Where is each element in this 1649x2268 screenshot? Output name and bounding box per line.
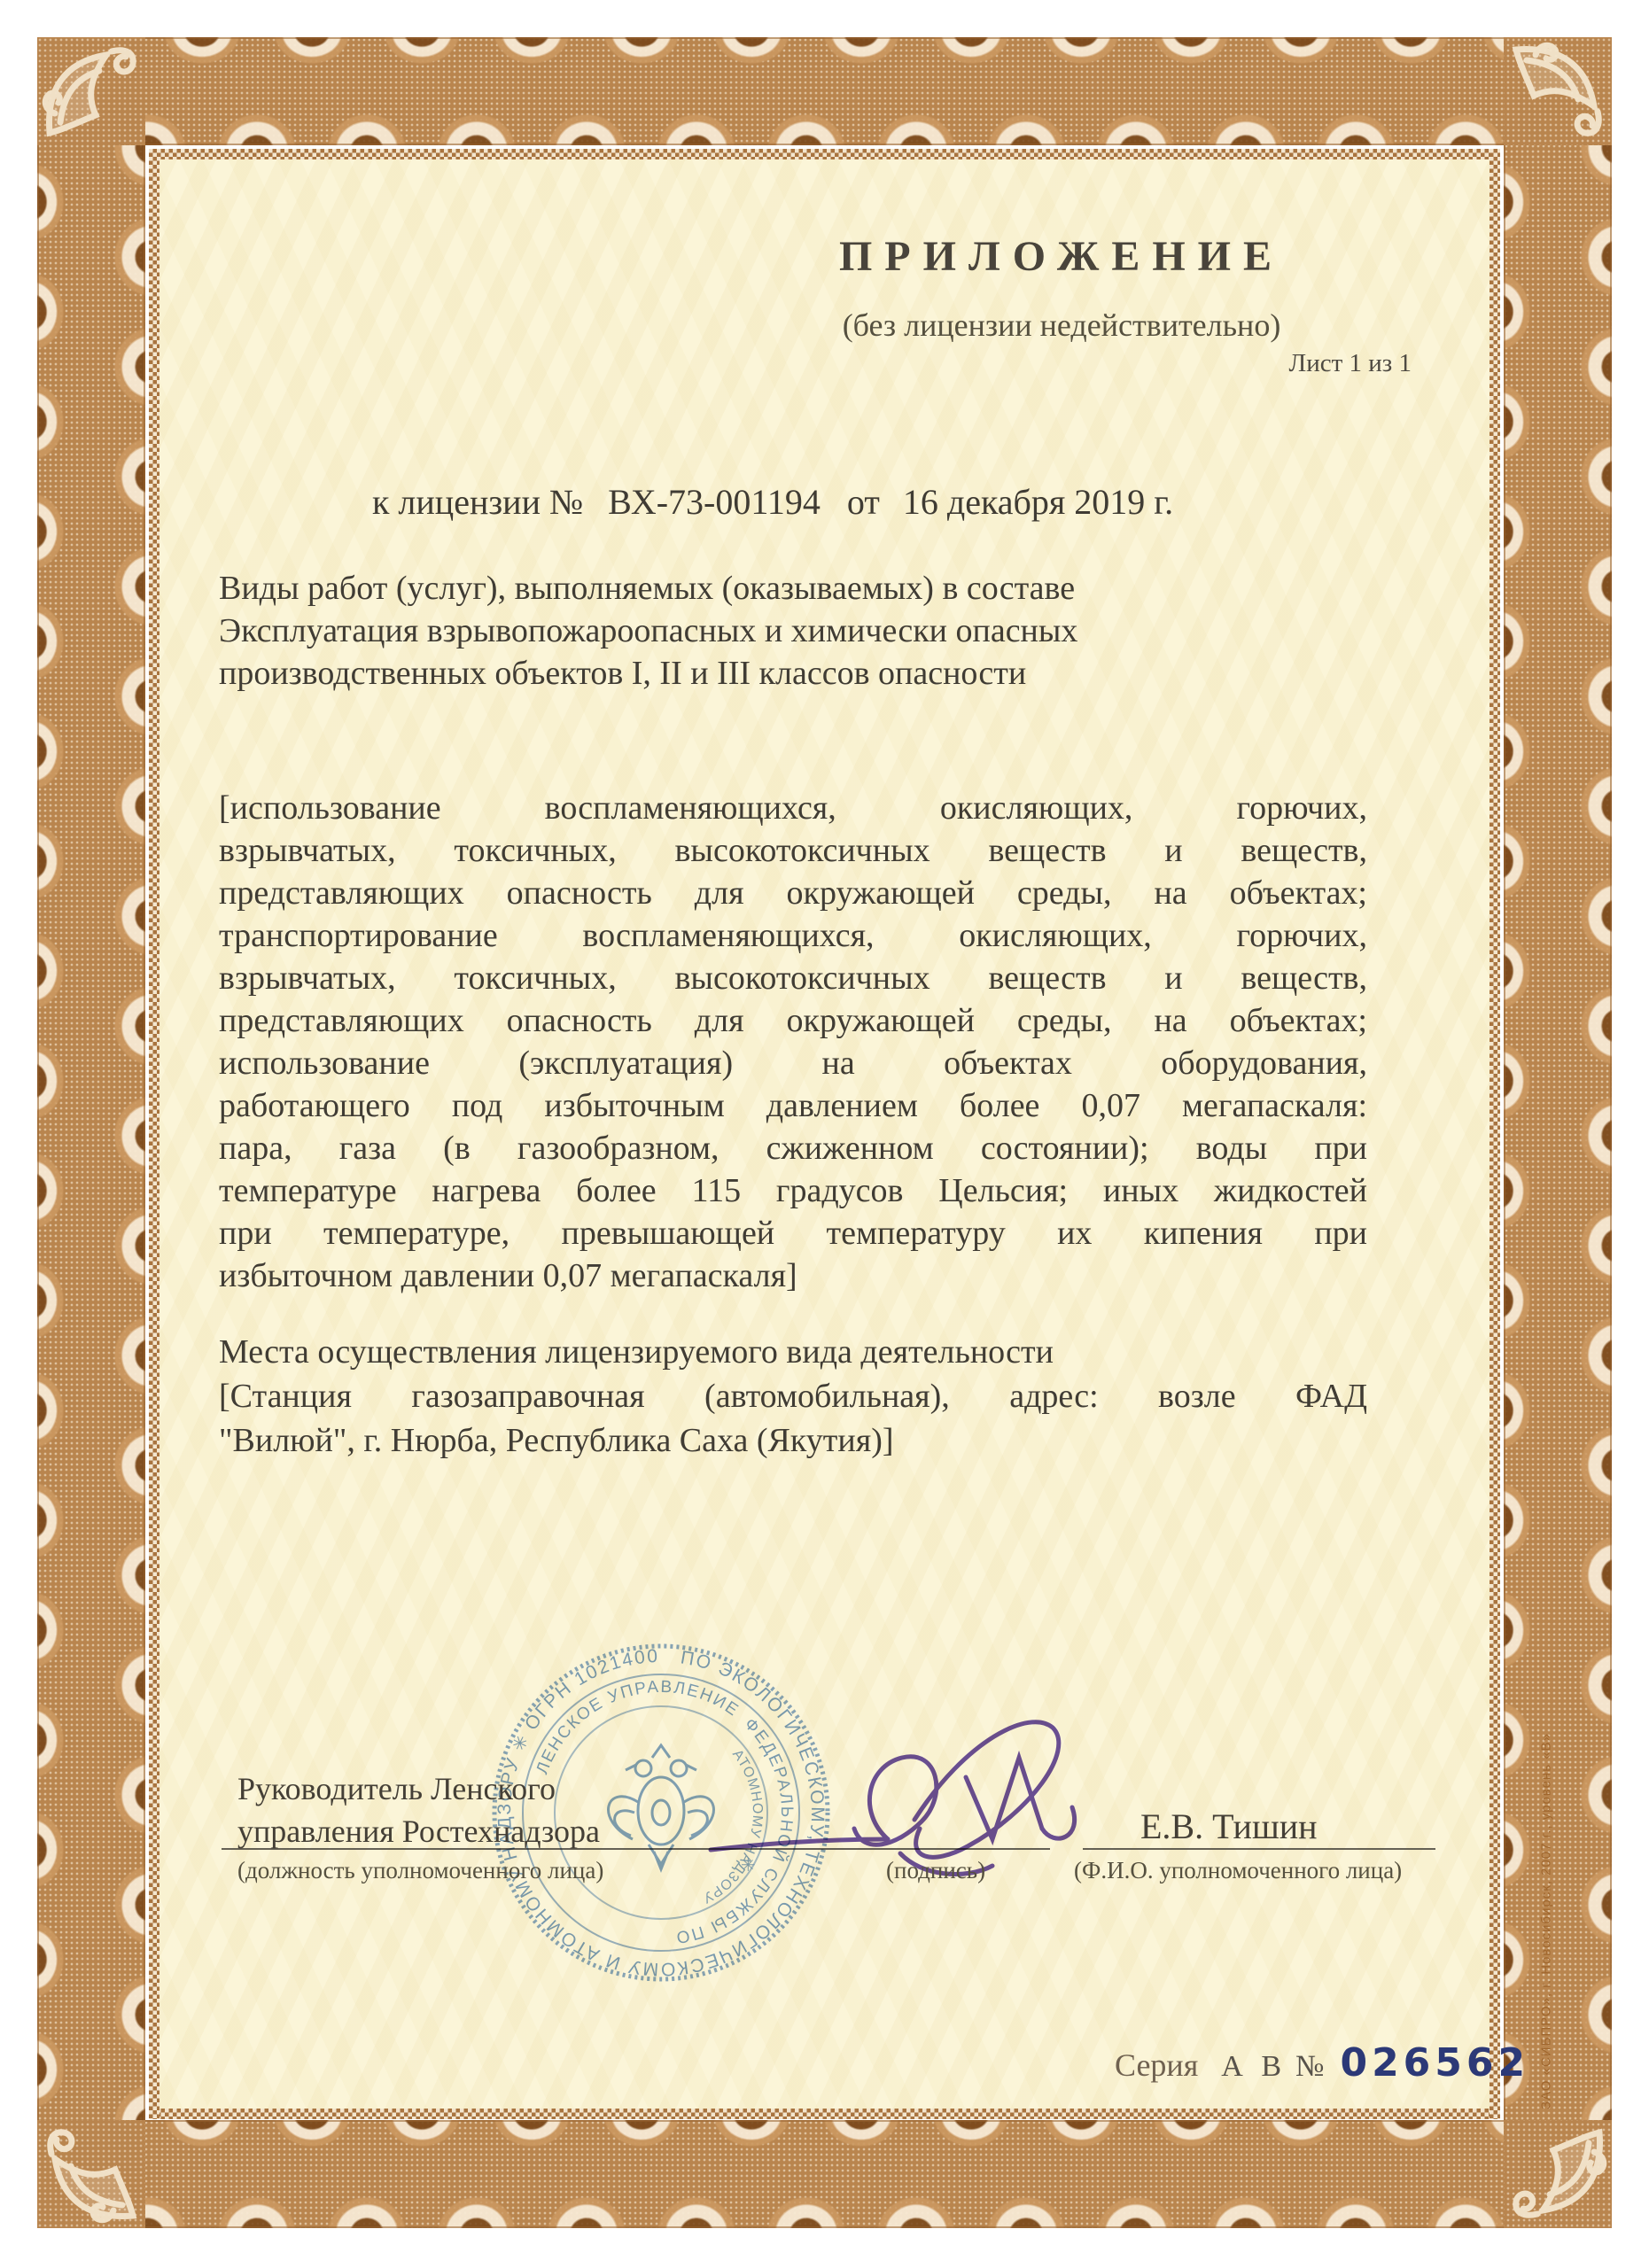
works-line: использование (эксплуатация) на объектах… (219, 1042, 1367, 1084)
signatory-role-line2: управления Ростехнадзора (237, 1813, 600, 1850)
subtitle-validity-note: (без лицензии недействительно) (843, 307, 1281, 344)
works-line: транспортирование воспламеняющихся, окис… (219, 914, 1367, 957)
frame-corner-flourish (37, 2120, 145, 2228)
serial-series: А В (1221, 2050, 1287, 2083)
works-line: взрывчатых, токсичных, высокотоксичных в… (219, 957, 1367, 999)
scanned-license-appendix-page: ПРИЛОЖЕНИЕ (без лицензии недействительно… (0, 0, 1649, 2268)
page-title: ПРИЛОЖЕНИЕ (839, 232, 1284, 281)
license-number: ВХ-73-001194 (608, 481, 821, 523)
works-line: пара, газа (в газообразном, сжиженном со… (219, 1127, 1367, 1169)
works-line: представляющих опасность для окружающей … (219, 999, 1367, 1042)
inner-checker-border (1490, 149, 1500, 2119)
signature-caption: (подпись) (886, 1857, 985, 1884)
signatory-name: Е.В. Тишин (1140, 1806, 1318, 1847)
serial-digits: 026562 (1340, 2040, 1529, 2085)
works-line: работающего под избыточным давлением бол… (219, 1084, 1367, 1127)
signature-rule-right (1083, 1848, 1435, 1850)
frame-border-bottom (37, 2120, 1612, 2228)
places-line: [Станция газозаправочная (автомобильная)… (219, 1375, 1367, 1417)
frame-border-left (37, 37, 145, 2228)
handwritten-signature (700, 1703, 1125, 1924)
frame-corner-flourish (1504, 2120, 1612, 2228)
works-line: [использование воспламеняющихся, окисляю… (219, 787, 1367, 829)
role-caption: (должность уполномоченного лица) (237, 1857, 603, 1884)
serial-number-sign: № (1295, 2050, 1324, 2083)
works-line: температуре нагрева более 115 градусов Ц… (219, 1169, 1367, 1212)
frame-corner-flourish (1504, 37, 1612, 145)
sheet-number-note: Лист 1 из 1 (1289, 349, 1412, 378)
frame-border-top (37, 37, 1612, 145)
places-line: "Вилюй", г. Нюрба, Республика Саха (Якут… (219, 1419, 1367, 1462)
serial-number-line: СерияА В№026562 (1115, 2040, 1529, 2085)
stamp-eagle-emblem (609, 1745, 714, 1869)
license-prefix: к лицензии № (372, 481, 583, 523)
inner-checker-border (149, 149, 159, 2119)
intro-line: производственных объектов I, II и III кл… (219, 652, 1367, 695)
places-heading: Места осуществления лицензируемого вида … (219, 1331, 1367, 1373)
frame-border-right (1504, 37, 1612, 2228)
works-line: взрывчатых, токсичных, высокотоксичных в… (219, 829, 1367, 872)
serial-label: Серия (1115, 2047, 1198, 2083)
intro-line: Эксплуатация взрывопожароопасных и химич… (219, 610, 1367, 652)
license-reference-line: к лицензии №ВХ-73-001194от16 декабря 201… (372, 481, 1173, 523)
works-line: избыточном давлении 0,07 мегапаскаля] (219, 1254, 1367, 1297)
inner-checker-border (149, 2109, 1500, 2119)
works-line: представляющих опасность для окружающей … (219, 872, 1367, 914)
signatory-role-line1: Руководитель Ленского (237, 1770, 556, 1807)
intro-line: Виды работ (услуг), выполняемых (оказыва… (219, 567, 1367, 610)
license-preposition: от (847, 481, 880, 523)
name-caption: (Ф.И.О. уполномоченного лица) (1074, 1857, 1402, 1884)
works-line: при температуре, превышающей температуру… (219, 1212, 1367, 1254)
frame-corner-flourish (37, 37, 145, 145)
license-date: 16 декабря 2019 г. (903, 481, 1173, 523)
printer-edge-note: ЗАО «СИБПРО», г. Новосибирск, 2007 г., у… (1539, 1718, 1554, 2125)
inner-checker-border (149, 149, 1500, 159)
